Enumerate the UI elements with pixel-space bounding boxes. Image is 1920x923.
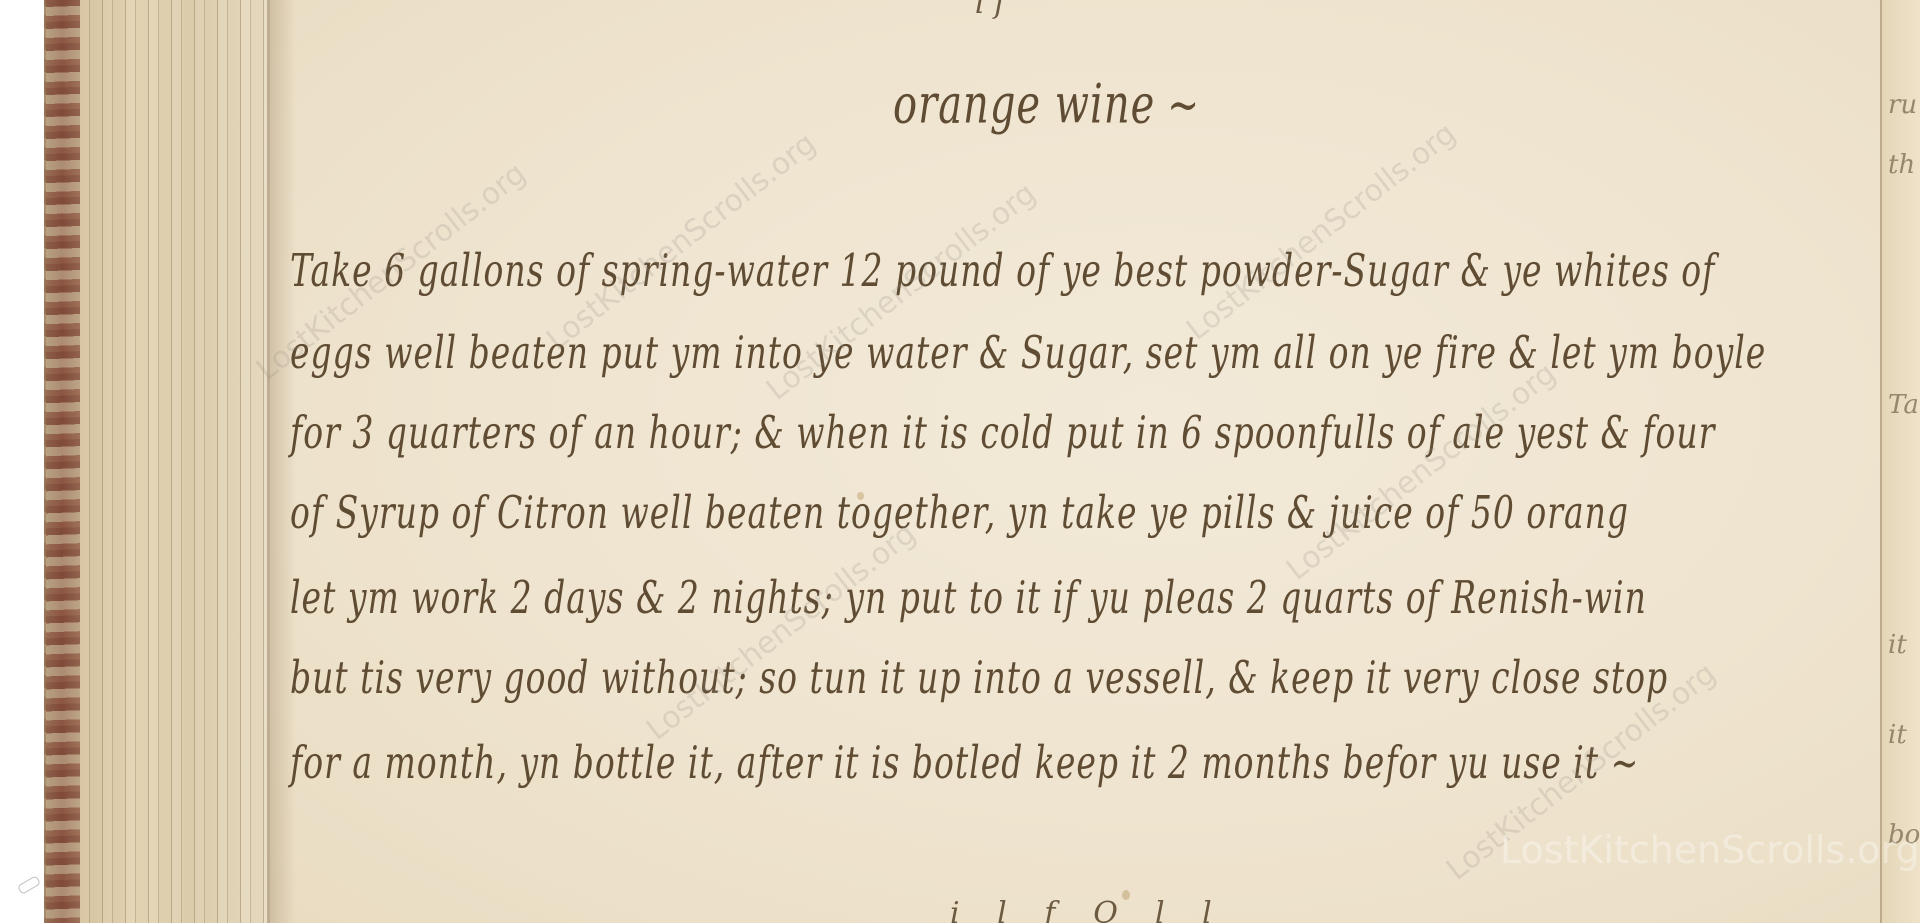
- title-flourish: ~: [1167, 75, 1200, 134]
- top-stub-text: l f: [975, 0, 1005, 21]
- recipe-line-1: Take 6 gallons of spring-water 12 pound …: [290, 244, 1715, 297]
- next-page-edge: ru th Ta it it bo: [1880, 0, 1920, 923]
- next-page-fragment: th: [1888, 150, 1915, 180]
- page-edges-stack: [80, 0, 270, 923]
- recipe-line-4: of Syrup of Citron well beaten together,…: [290, 486, 1629, 539]
- manuscript-scan: l f orange wine~ Take 6 gallons of sprin…: [0, 0, 1920, 923]
- recipe-title: orange wine~: [893, 74, 1200, 136]
- watermark-horizontal: LostKitchenScrolls.org: [1500, 828, 1920, 872]
- white-margin: [0, 0, 46, 923]
- recipe-line-6: but tis very good without; so tun it up …: [290, 651, 1668, 704]
- recipe-title-text: orange wine: [893, 74, 1155, 136]
- book-binding-edge: [44, 0, 82, 923]
- next-page-fragment: Ta: [1888, 390, 1919, 420]
- bottom-stub-text: i l f Q l l: [950, 896, 1226, 923]
- recipe-line-3: for 3 quarters of an hour; & when it is …: [290, 406, 1715, 459]
- recipe-line-2: eggs well beaten put ym into ye water & …: [290, 326, 1766, 379]
- recipe-line-5: let ym work 2 days & 2 nights; yn put to…: [290, 571, 1647, 624]
- next-page-fragment: ru: [1888, 90, 1917, 120]
- recipe-line-7: for a month, yn bottle it, after it is b…: [290, 736, 1639, 789]
- next-page-fragment: it: [1888, 630, 1907, 660]
- next-page-fragment: it: [1888, 720, 1907, 750]
